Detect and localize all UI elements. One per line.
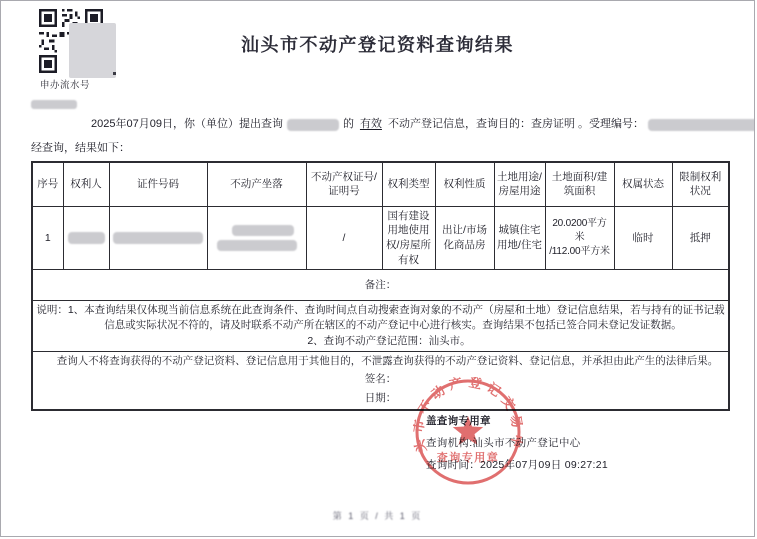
remark-label: 备注： [32,270,729,301]
valid-flag: 有效 [356,118,386,130]
query-time-line: 查询时间：2025年07月09日 09:27:21 [426,457,608,472]
notes-item-2: 2、查询不动产登记范围：汕头市。 [35,334,726,349]
cell-right-type: 国有建设用地使用权/房屋所有权 [382,206,435,270]
pledge-row: 查询人不将查询获得的不动产登记资料、登记信息用于其他目的，不泄露查询获得的不动产… [32,351,729,409]
table-header-row: 序号 权利人 证件号码 不动产坐落 不动产权证号/证明号 权利类型 权利性质 土… [32,162,729,206]
col-header-holder: 权利人 [63,162,109,206]
cell-right-nature: 出让/市场化商品房 [435,206,494,270]
footer-block: 盖查询专用章 查询机构:汕头市不动产登记中心 查询时间：2025年07月09日 … [426,413,608,479]
col-header-restriction: 限制权利状况 [672,162,729,206]
cell-status: 临时 [614,206,672,270]
col-header-location: 不动产坐落 [207,162,306,206]
page-number: 第 1 页 / 共 1 页 [1,509,754,522]
id-number-redacted [113,232,203,244]
serial-number-redacted [31,100,77,109]
scan-artifact-dot [113,72,116,75]
acceptance-number-redacted [648,119,755,131]
result-intro-line: 经查询，结果如下： [31,139,736,157]
page-title: 汕头市不动产登记资料查询结果 [1,31,754,57]
date-label: 日期： [35,391,726,406]
intro-paragraph: 2025年07月09日，你（单位）提出查询的有效不动产登记信息，查询目的：查房证… [31,115,736,157]
document-page: 汕头市不动产登记资料查询结果 申办流水号 2025年07月09日，你（单位）提出… [0,0,755,537]
query-statement-suffix: 不动产登记信息，查询目的：查房证明 。受理编号： [388,118,644,130]
serial-number-label: 申办流水号 [40,77,90,91]
seal-note: 盖查询专用章 [426,413,608,428]
cell-area: 20.0200平方米 /112.00平方米 [545,206,614,270]
cell-holder [63,206,109,270]
query-statement-particle: 的 [343,118,354,130]
col-header-right-nature: 权利性质 [435,162,494,206]
remark-row: 备注： [32,270,729,301]
pledge-cell: 查询人不将查询获得的不动产登记资料、登记信息用于其他目的，不泄露查询获得的不动产… [32,351,729,409]
col-header-id-number: 证件号码 [109,162,207,206]
applicant-name-redacted [287,119,339,131]
col-header-usage: 土地用途/房屋用途 [494,162,545,206]
table-data-row: 1 / 国有建设用地使用权/房屋所有权 出让/市场化商品房 城镇住宅用地/住宅 … [32,206,729,270]
query-statement: 2025年07月09日，你（单位）提出查询的有效不动产登记信息，查询目的：查房证… [31,115,736,133]
registration-result-table: 序号 权利人 证件号码 不动产坐落 不动产权证号/证明号 权利类型 权利性质 土… [31,161,730,411]
cell-location [207,206,306,270]
notes-cell: 说明：1、本查询结果仅体现当前信息系统在此查询条件、查询时间点自动搜索查询对象的… [32,301,729,352]
cell-cert-number: / [306,206,382,270]
col-header-status: 权属状态 [614,162,672,206]
location-redacted-line1 [232,225,294,236]
cell-index: 1 [32,206,63,270]
query-org-line: 查询机构:汕头市不动产登记中心 [426,435,608,450]
col-header-cert-number: 不动产权证号/证明号 [306,162,382,206]
building-area-value: /112.00平方米 [548,245,612,259]
holder-redacted [68,232,105,244]
signature-label: 签名： [35,372,726,387]
notes-item-1-text: 1、本查询结果仅体现当前信息系统在此查询条件、查询时间点自动搜索查询对象的不动产… [68,304,725,331]
cell-id-number [109,206,207,270]
col-header-right-type: 权利类型 [382,162,435,206]
cell-restriction: 抵押 [672,206,729,270]
col-header-index: 序号 [32,162,63,206]
pledge-text: 查询人不将查询获得的不动产登记资料、登记信息用于其他目的，不泄露查询获得的不动产… [35,354,726,369]
notes-item-1: 说明：1、本查询结果仅体现当前信息系统在此查询条件、查询时间点自动搜索查询对象的… [35,303,726,333]
notes-label: 说明： [36,304,68,316]
query-statement-prefix: 2025年07月09日，你（单位）提出查询 [91,118,283,130]
cell-usage: 城镇住宅用地/住宅 [494,206,545,270]
notes-row: 说明：1、本查询结果仅体现当前信息系统在此查询条件、查询时间点自动搜索查询对象的… [32,301,729,352]
land-area-value: 20.0200平方米 [548,217,612,245]
col-header-area: 土地面积/建筑面积 [545,162,614,206]
location-redacted-line2 [217,240,297,251]
